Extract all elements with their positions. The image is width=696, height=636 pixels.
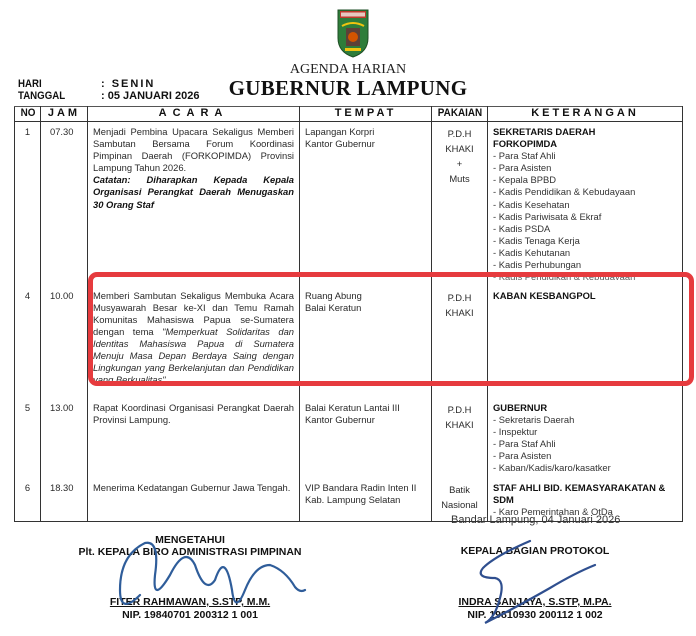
event-description: Menjadi Pembina Upacara Sekaligus Member… [93,126,294,173]
venue-line: Kantor Gubernur [305,138,426,150]
event-description: Rapat Koordinasi Organisasi Perangkat Da… [93,402,294,425]
cell-no: 6 [15,478,41,522]
tanggal-label: TANGGAL [18,90,65,102]
cell-no: 5 [15,398,41,478]
table-header-row: NO JAM ACARA TEMPAT PAKAIAN KETERANGAN [15,107,683,122]
row-number: 1 [25,126,30,137]
attendee-item: - Inspektur [493,426,677,438]
cell-no: 4 [15,286,41,398]
venue-line: Kab. Lampung Selatan [305,494,426,506]
cell-pakaian: P.D.HKHAKI+Muts [432,122,488,286]
event-description: Menerima Kedatangan Gubernur Jawa Tengah… [93,482,290,493]
signer-left-position: Plt. KEPALA BIRO ADMINISTRASI PIMPINAN [60,546,320,558]
cell-keterangan: GUBERNUR- Sekretaris Daerah- Inspektur- … [488,398,683,478]
column-header-acara: ACARA [88,107,300,122]
venue-line: VIP Bandara Radin Inten II [305,482,426,494]
row-time: 13.00 [50,402,73,413]
cell-pakaian: P.D.HKHAKI [432,398,488,478]
venue-line: Ruang Abung [305,290,426,302]
signature-block-right: KEPALA BAGIAN PROTOKOL INDRA SANJAYA, S.… [415,500,655,630]
attire-line: KHAKI [437,417,482,432]
agenda-table: NO JAM ACARA TEMPAT PAKAIAN KETERANGAN 1… [14,106,683,522]
row-time: 10.00 [50,290,73,301]
attendee-item: - Kadis Kesehatan [493,199,677,211]
signer-right-name: INDRA SANJAYA, S.STP, M.PA. [415,596,655,608]
attire-line: Muts [437,171,482,186]
attendee-item: - Kadis Pendidikan & Kebudayaan [493,186,677,198]
signer-right-nip: NIP. 19810930 200112 1 002 [415,609,655,621]
cell-tempat: Lapangan KorpriKantor Gubernur [300,122,432,286]
attendee-item: - Kadis Perhubungan [493,259,677,271]
cell-keterangan: KABAN KESBANGPOL [488,286,683,398]
row-time: 07.30 [50,126,73,137]
attendee-item: - Kadis Pendidikan & Kebudayaan [493,271,677,280]
table-row: 410.00Memberi Sambutan Sekaligus Membuka… [15,286,683,398]
lampung-emblem-logo [336,8,370,58]
column-header-pakaian: PAKAIAN [434,107,484,122]
cell-acara: Menjadi Pembina Upacara Sekaligus Member… [88,122,300,286]
cell-jam: 07.30 [41,122,88,286]
attire-line: KHAKI [437,305,482,320]
attire-line: P.D.H [437,126,482,141]
column-header-no: NO [16,107,39,122]
cell-tempat: Ruang AbungBalai Keratun [300,286,432,398]
attire-line: P.D.H [437,290,482,305]
signer-left-name: FITER RAHMAWAN, S.STP, M.M. [60,596,320,608]
attendee-heading: KABAN KESBANGPOL [493,290,677,302]
attendee-heading: GUBERNUR [493,402,677,414]
hari-label: HARI [18,78,42,90]
attire-line: Batik [437,482,482,497]
cell-acara: Memberi Sambutan Sekaligus Membuka Acara… [88,286,300,398]
column-header-keterangan: KETERANGAN [488,107,683,122]
cell-acara: Rapat Koordinasi Organisasi Perangkat Da… [88,398,300,478]
attendee-item: - Para Asisten [493,450,677,462]
attire-line: P.D.H [437,402,482,417]
attendee-item: - Kepala BPBD [493,174,677,186]
signer-right-position: KEPALA BAGIAN PROTOKOL [415,545,655,557]
attendee-item: - Para Staf Ahli [493,438,677,450]
venue-line: Lapangan Korpri [305,126,426,138]
attire-line: KHAKI [437,141,482,156]
attendee-item: - Sekretaris Daerah [493,414,677,426]
row-number: 4 [25,290,30,301]
signature-block-left: MENGETAHUI Plt. KEPALA BIRO ADMINISTRASI… [60,500,320,630]
cell-pakaian: P.D.HKHAKI [432,286,488,398]
column-header-jam: JAM [41,107,88,122]
attendee-item: - Kadis Pariwisata & Ekraf [493,211,677,223]
cell-keterangan: SEKRETARIS DAERAHFORKOPIMDA- Para Staf A… [488,122,683,286]
tanggal-value: : 05 JANUARI 2026 [101,90,199,102]
table-row: 513.00Rapat Koordinasi Organisasi Perang… [15,398,683,478]
attendee-heading: SEKRETARIS DAERAH [493,126,677,138]
attendee-item: - Kadis Tenaga Kerja [493,235,677,247]
signer-left-nip: NIP. 19840701 200312 1 001 [60,609,320,621]
column-header-tempat: TEMPAT [300,107,432,122]
attendee-item: - Para Asisten [493,162,677,174]
row-time: 18.30 [50,482,73,493]
attendee-heading: FORKOPIMDA [493,138,677,150]
event-note: Catatan: Diharapkan Kepada Kepala Organi… [93,174,294,210]
row-number: 5 [25,402,30,413]
attendee-item: - Kaban/Kadis/karo/kasatker [493,462,677,474]
venue-line: Balai Keratun [305,302,426,314]
cell-tempat: Balai Keratun Lantai IIIKantor Gubernur [300,398,432,478]
cell-jam: 13.00 [41,398,88,478]
attendee-item: - Kadis Kehutanan [493,247,677,259]
row-number: 6 [25,482,30,493]
cell-jam: 10.00 [41,286,88,398]
venue-line: Kantor Gubernur [305,414,426,426]
cell-no: 1 [15,122,41,286]
attire-line: + [437,156,482,171]
table-row: 107.30Menjadi Pembina Upacara Sekaligus … [15,122,683,286]
acknowledged-label: MENGETAHUI [60,534,320,546]
venue-line: Balai Keratun Lantai III [305,402,426,414]
hari-value: : SENIN [101,78,155,90]
attendee-item: - Kadis PSDA [493,223,677,235]
attendee-item: - Para Staf Ahli [493,150,677,162]
